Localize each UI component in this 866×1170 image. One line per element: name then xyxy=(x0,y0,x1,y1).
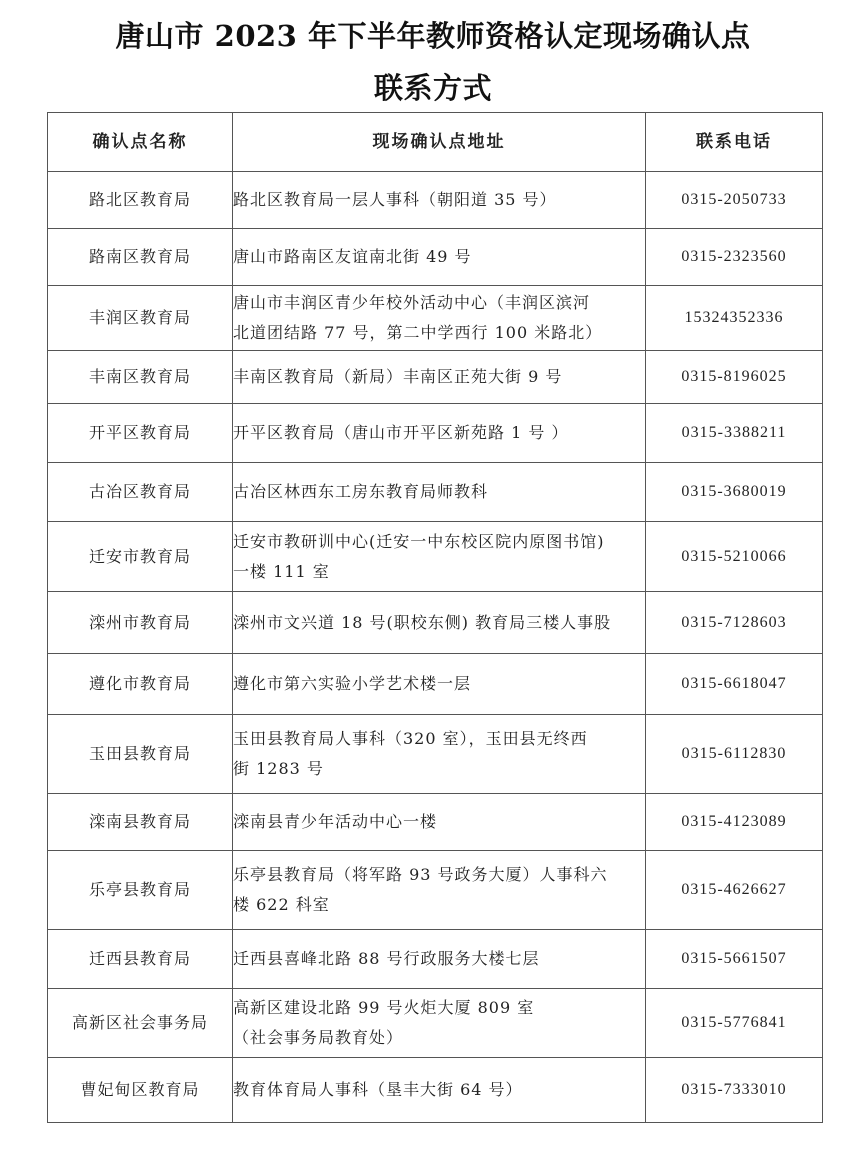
site-name: 曹妃甸区教育局 xyxy=(48,1058,233,1123)
site-name: 丰润区教育局 xyxy=(48,286,233,351)
address-line: 街 1283 号 xyxy=(233,754,645,784)
site-address: 高新区建设北路 99 号火炬大厦 809 室（社会事务局教育处） xyxy=(233,989,646,1058)
address-line: 迁安市教研训中心(迁安一中东校区院内原图书馆) xyxy=(233,527,645,557)
header-site-name: 确认点名称 xyxy=(48,113,233,172)
table-row: 丰南区教育局丰南区教育局（新局）丰南区正苑大街 9 号0315-8196025 xyxy=(48,351,823,404)
address-line: 玉田县教育局人事科（320 室），玉田县无终西 xyxy=(233,724,645,754)
site-address: 唐山市丰润区青少年校外活动中心（丰润区滨河北道团结路 77 号，第二中学西行 1… xyxy=(233,286,646,351)
table-row: 遵化市教育局遵化市第六实验小学艺术楼一层0315-6618047 xyxy=(48,654,823,715)
address-line: 北道团结路 77 号，第二中学西行 100 米路北） xyxy=(233,318,645,348)
address-line: 丰南区教育局（新局）丰南区正苑大街 9 号 xyxy=(233,362,645,392)
site-name: 迁安市教育局 xyxy=(48,522,233,592)
table-row: 滦州市教育局滦州市文兴道 18 号(职校东侧) 教育局三楼人事股0315-712… xyxy=(48,592,823,654)
phone-number: 0315-2323560 xyxy=(646,229,823,286)
table-row: 迁西县教育局迁西县喜峰北路 88 号行政服务大楼七层0315-5661507 xyxy=(48,930,823,989)
address-line: 古冶区林西东工房东教育局师教科 xyxy=(233,477,645,507)
address-line: 楼 622 科室 xyxy=(233,890,645,920)
header-phone: 联系电话 xyxy=(646,113,823,172)
site-address: 乐亭县教育局（将军路 93 号政务大厦）人事科六楼 622 科室 xyxy=(233,851,646,930)
site-address: 玉田县教育局人事科（320 室），玉田县无终西街 1283 号 xyxy=(233,715,646,794)
address-line: 迁西县喜峰北路 88 号行政服务大楼七层 xyxy=(233,944,645,974)
address-line: 遵化市第六实验小学艺术楼一层 xyxy=(233,669,645,699)
site-name: 迁西县教育局 xyxy=(48,930,233,989)
phone-number: 15324352336 xyxy=(646,286,823,351)
site-address: 路北区教育局一层人事科（朝阳道 35 号） xyxy=(233,172,646,229)
phone-number: 0315-5776841 xyxy=(646,989,823,1058)
site-name: 路北区教育局 xyxy=(48,172,233,229)
site-address: 唐山市路南区友谊南北街 49 号 xyxy=(233,229,646,286)
address-line: 滦州市文兴道 18 号(职校东侧) 教育局三楼人事股 xyxy=(233,608,645,638)
table-row: 迁安市教育局迁安市教研训中心(迁安一中东校区院内原图书馆)一楼 111 室031… xyxy=(48,522,823,592)
address-line: 路北区教育局一层人事科（朝阳道 35 号） xyxy=(233,185,645,215)
table-header-row: 确认点名称 现场确认点地址 联系电话 xyxy=(48,113,823,172)
site-address: 迁西县喜峰北路 88 号行政服务大楼七层 xyxy=(233,930,646,989)
address-line: 高新区建设北路 99 号火炬大厦 809 室 xyxy=(233,993,645,1023)
site-name: 开平区教育局 xyxy=(48,404,233,463)
phone-number: 0315-3680019 xyxy=(646,463,823,522)
site-name: 滦南县教育局 xyxy=(48,794,233,851)
document-title-line1: 唐山市 2023 年下半年教师资格认定现场确认点 xyxy=(0,14,866,55)
address-line: 教育体育局人事科（垦丰大街 64 号） xyxy=(233,1075,645,1105)
table-row: 丰润区教育局唐山市丰润区青少年校外活动中心（丰润区滨河北道团结路 77 号，第二… xyxy=(48,286,823,351)
address-line: 一楼 111 室 xyxy=(233,557,645,587)
site-name: 玉田县教育局 xyxy=(48,715,233,794)
site-name: 高新区社会事务局 xyxy=(48,989,233,1058)
phone-number: 0315-4123089 xyxy=(646,794,823,851)
site-address: 迁安市教研训中心(迁安一中东校区院内原图书馆)一楼 111 室 xyxy=(233,522,646,592)
phone-number: 0315-6112830 xyxy=(646,715,823,794)
table-row: 路南区教育局唐山市路南区友谊南北街 49 号0315-2323560 xyxy=(48,229,823,286)
table-row: 乐亭县教育局乐亭县教育局（将军路 93 号政务大厦）人事科六楼 622 科室03… xyxy=(48,851,823,930)
phone-number: 0315-3388211 xyxy=(646,404,823,463)
site-address: 丰南区教育局（新局）丰南区正苑大街 9 号 xyxy=(233,351,646,404)
address-line: 开平区教育局（唐山市开平区新苑路 1 号 ） xyxy=(233,418,645,448)
table-row: 滦南县教育局滦南县青少年活动中心一楼0315-4123089 xyxy=(48,794,823,851)
table-row: 路北区教育局路北区教育局一层人事科（朝阳道 35 号）0315-2050733 xyxy=(48,172,823,229)
address-line: 唐山市丰润区青少年校外活动中心（丰润区滨河 xyxy=(233,288,645,318)
table-row: 曹妃甸区教育局教育体育局人事科（垦丰大街 64 号）0315-7333010 xyxy=(48,1058,823,1123)
table-row: 开平区教育局开平区教育局（唐山市开平区新苑路 1 号 ）0315-3388211 xyxy=(48,404,823,463)
address-line: 乐亭县教育局（将军路 93 号政务大厦）人事科六 xyxy=(233,860,645,890)
site-address: 滦南县青少年活动中心一楼 xyxy=(233,794,646,851)
site-name: 古冶区教育局 xyxy=(48,463,233,522)
address-line: 滦南县青少年活动中心一楼 xyxy=(233,807,645,837)
phone-number: 0315-4626627 xyxy=(646,851,823,930)
contact-table: 确认点名称 现场确认点地址 联系电话 路北区教育局路北区教育局一层人事科（朝阳道… xyxy=(47,112,823,1123)
site-address: 遵化市第六实验小学艺术楼一层 xyxy=(233,654,646,715)
site-address: 教育体育局人事科（垦丰大街 64 号） xyxy=(233,1058,646,1123)
site-name: 路南区教育局 xyxy=(48,229,233,286)
phone-number: 0315-8196025 xyxy=(646,351,823,404)
document-title-line2: 联系方式 xyxy=(0,66,866,107)
header-site-address: 现场确认点地址 xyxy=(233,113,646,172)
table-body: 路北区教育局路北区教育局一层人事科（朝阳道 35 号）0315-2050733路… xyxy=(48,172,823,1123)
address-line: （社会事务局教育处） xyxy=(233,1023,645,1053)
site-address: 滦州市文兴道 18 号(职校东侧) 教育局三楼人事股 xyxy=(233,592,646,654)
phone-number: 0315-2050733 xyxy=(646,172,823,229)
phone-number: 0315-7128603 xyxy=(646,592,823,654)
site-name: 丰南区教育局 xyxy=(48,351,233,404)
site-name: 乐亭县教育局 xyxy=(48,851,233,930)
address-line: 唐山市路南区友谊南北街 49 号 xyxy=(233,242,645,272)
table-row: 高新区社会事务局高新区建设北路 99 号火炬大厦 809 室（社会事务局教育处）… xyxy=(48,989,823,1058)
site-address: 古冶区林西东工房东教育局师教科 xyxy=(233,463,646,522)
phone-number: 0315-5661507 xyxy=(646,930,823,989)
site-address: 开平区教育局（唐山市开平区新苑路 1 号 ） xyxy=(233,404,646,463)
table-row: 古冶区教育局古冶区林西东工房东教育局师教科0315-3680019 xyxy=(48,463,823,522)
phone-number: 0315-5210066 xyxy=(646,522,823,592)
phone-number: 0315-6618047 xyxy=(646,654,823,715)
site-name: 遵化市教育局 xyxy=(48,654,233,715)
phone-number: 0315-7333010 xyxy=(646,1058,823,1123)
table-row: 玉田县教育局玉田县教育局人事科（320 室），玉田县无终西街 1283 号031… xyxy=(48,715,823,794)
site-name: 滦州市教育局 xyxy=(48,592,233,654)
